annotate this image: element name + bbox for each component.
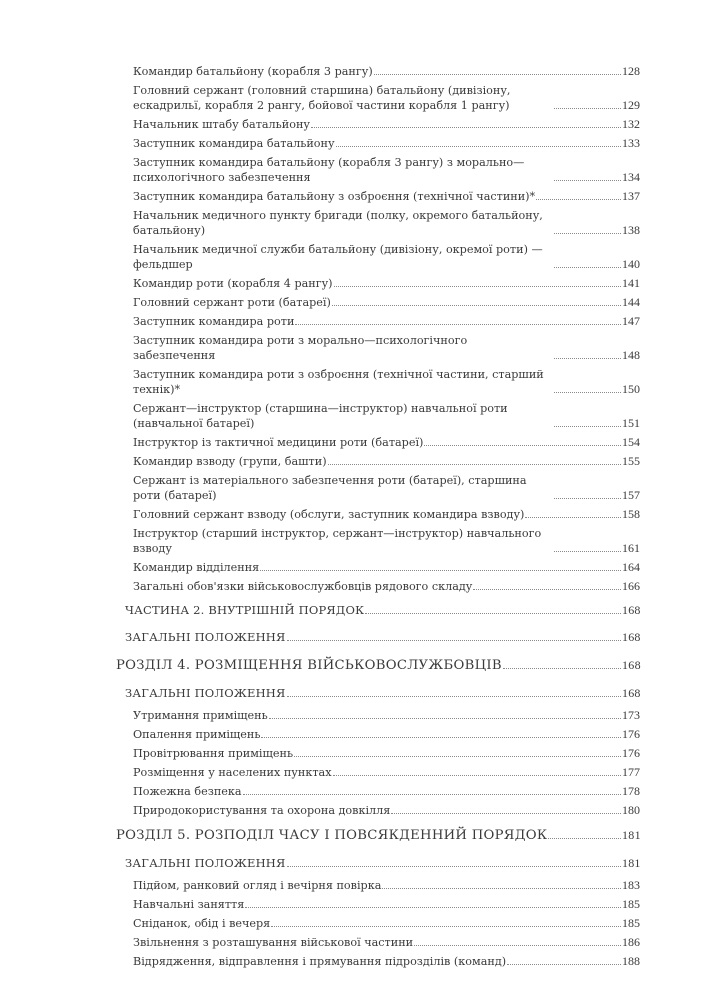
toc-entry-title: Провітрювання приміщень — [133, 746, 293, 761]
toc-entry-title: РОЗДІЛ 5. РОЗПОДІЛ ЧАСУ І ПОВСЯКДЕННИЙ П… — [116, 828, 547, 843]
toc-entry-title: Заступник командира батальйону — [133, 136, 335, 151]
dot-leader — [554, 358, 621, 359]
dot-leader — [414, 945, 621, 946]
toc-entry[interactable]: Заступник командира роти 147 — [133, 314, 640, 333]
toc-entry-title: ЗАГАЛЬНІ ПОЛОЖЕННЯ — [125, 630, 286, 645]
toc-entry-page: 164 — [622, 560, 640, 575]
toc-entry-title: Заступник командира батальйону (корабля … — [133, 155, 553, 185]
dot-leader — [554, 233, 621, 234]
toc-entry[interactable]: Відрядження, відправлення і прямування п… — [133, 954, 640, 973]
dot-leader — [382, 888, 621, 889]
dot-leader — [269, 718, 621, 719]
toc-entry-page: 168 — [622, 603, 640, 618]
toc-entry-title: Відрядження, відправлення і прямування п… — [133, 954, 506, 969]
toc-entry[interactable]: Навчальні заняття 185 — [133, 897, 640, 916]
toc-entry-page: 183 — [622, 878, 640, 893]
dot-leader — [554, 498, 621, 499]
dot-leader — [554, 108, 621, 109]
toc-entry-title: Начальник медичного пункту бригади (полк… — [133, 208, 553, 238]
toc-section[interactable]: ЗАГАЛЬНІ ПОЛОЖЕННЯ 168 — [125, 625, 640, 652]
toc-entry-page: 168 — [622, 686, 640, 701]
dot-leader — [336, 146, 621, 147]
toc-entry-title: Головний сержант (головний старшина) бат… — [133, 83, 553, 113]
toc-entry[interactable]: Начальник медичного пункту бригади (полк… — [133, 208, 640, 242]
toc-entry-title: ЧАСТИНА 2. ВНУТРІШНІЙ ПОРЯДОК — [125, 603, 364, 618]
toc-entry-page: 168 — [622, 630, 640, 645]
toc-entry-page: 148 — [622, 348, 640, 363]
toc-entry-title: Командир батальйону (корабля 3 рангу) — [133, 64, 373, 79]
dot-leader — [328, 464, 621, 465]
toc-entry-page: 181 — [622, 828, 640, 843]
toc-entry-title: Заступник командира роти з морально—псих… — [133, 333, 553, 363]
dot-leader — [261, 737, 621, 738]
toc-entry[interactable]: Підйом, ранковий огляд і вечірня повірка… — [133, 878, 640, 897]
dot-leader — [554, 551, 621, 552]
table-of-contents: Командир батальйону (корабля 3 рангу) 12… — [0, 64, 728, 973]
dot-leader — [245, 907, 621, 908]
toc-entry-page: 133 — [622, 136, 640, 151]
toc-entry-title: Звільнення з розташування військової час… — [133, 935, 413, 950]
toc-entry-title: Головний сержант взводу (обслуги, заступ… — [133, 507, 524, 522]
toc-entry[interactable]: Природокористування та охорона довкілля … — [133, 803, 640, 822]
toc-entry-page: 129 — [622, 98, 640, 113]
dot-leader — [365, 613, 621, 614]
toc-entry[interactable]: Сержант—інструктор (старшина—інструктор)… — [133, 401, 640, 435]
toc-entry-title: Загальні обов'язки військовослужбовців р… — [133, 579, 472, 594]
toc-entry-title: Заступник командира роти з озброєння (те… — [133, 367, 553, 397]
toc-entry-page: 137 — [622, 189, 640, 204]
toc-entry-page: 181 — [622, 856, 640, 871]
dot-leader — [332, 305, 621, 306]
toc-entry[interactable]: Опалення приміщень 176 — [133, 727, 640, 746]
toc-entry-title: Навчальні заняття — [133, 897, 244, 912]
toc-entry[interactable]: Сержант із матеріального забезпечення ро… — [133, 473, 640, 507]
toc-entry-page: 158 — [622, 507, 640, 522]
toc-entry-page: 180 — [622, 803, 640, 818]
toc-chapter[interactable]: РОЗДІЛ 4. РОЗМІЩЕННЯ ВІЙСЬКОВОСЛУЖБОВЦІВ… — [116, 652, 640, 681]
toc-entry[interactable]: Командир відділення 164 — [133, 560, 640, 579]
dot-leader — [260, 570, 621, 571]
dot-leader — [554, 392, 621, 393]
toc-entry-title: Опалення приміщень — [133, 727, 260, 742]
toc-entry[interactable]: Розміщення у населених пунктах 177 — [133, 765, 640, 784]
toc-entry[interactable]: Начальник штабу батальйону 132 — [133, 117, 640, 136]
toc-entry-page: 141 — [622, 276, 640, 291]
toc-entry[interactable]: Інструктор (старший інструктор, сержант—… — [133, 526, 640, 560]
dot-leader — [311, 127, 621, 128]
toc-entry-title: Розміщення у населених пунктах — [133, 765, 332, 780]
toc-entry-title: Природокористування та охорона довкілля — [133, 803, 390, 818]
toc-entry[interactable]: Заступник командира батальйону (корабля … — [133, 155, 640, 189]
toc-entry-page: 138 — [622, 223, 640, 238]
toc-entry-title: Підйом, ранковий огляд і вечірня повірка — [133, 878, 381, 893]
toc-entry-page: 155 — [622, 454, 640, 469]
dot-leader — [507, 964, 621, 965]
toc-entry[interactable]: Пожежна безпека 178 — [133, 784, 640, 803]
toc-entry[interactable]: Заступник командира роти з морально—псих… — [133, 333, 640, 367]
toc-entry-page: 176 — [622, 746, 640, 761]
toc-entry-title: Сніданок, обід і вечеря — [133, 916, 270, 931]
toc-entry[interactable]: Командир взводу (групи, башти) 155 — [133, 454, 640, 473]
toc-entry[interactable]: Загальні обов'язки військовослужбовців р… — [133, 579, 640, 598]
dot-leader — [271, 926, 621, 927]
toc-entry[interactable]: Командир роти (корабля 4 рангу) 141 — [133, 276, 640, 295]
toc-entry-page: 161 — [622, 541, 640, 556]
toc-entry-page: 185 — [622, 916, 640, 931]
toc-entry-page: 128 — [622, 64, 640, 79]
toc-entry[interactable]: Командир батальйону (корабля 3 рангу) 12… — [133, 64, 640, 83]
toc-entry-page: 177 — [622, 765, 640, 780]
toc-entry-page: 188 — [622, 954, 640, 969]
toc-section[interactable]: ЧАСТИНА 2. ВНУТРІШНІЙ ПОРЯДОК 168 — [125, 598, 640, 625]
toc-section[interactable]: ЗАГАЛЬНІ ПОЛОЖЕННЯ 181 — [125, 851, 640, 878]
toc-entry-page: 166 — [622, 579, 640, 594]
dot-leader — [548, 838, 621, 839]
toc-entry[interactable]: Заступник командира батальйону з озброєн… — [133, 189, 640, 208]
toc-entry-page: 154 — [622, 435, 640, 450]
toc-entry[interactable]: Головний сержант роти (батареї) 144 — [133, 295, 640, 314]
dot-leader — [287, 866, 621, 867]
dot-leader — [391, 813, 621, 814]
dot-leader — [287, 696, 621, 697]
toc-entry[interactable]: Утримання приміщень 173 — [133, 708, 640, 727]
toc-entry-title: Інструктор (старший інструктор, сержант—… — [133, 526, 553, 556]
toc-entry-page: 150 — [622, 382, 640, 397]
dot-leader — [554, 180, 621, 181]
toc-entry[interactable]: Головний сержант взводу (обслуги, заступ… — [133, 507, 640, 526]
toc-entry-title: Заступник командира роти — [133, 314, 294, 329]
toc-entry-title: Начальник медичної служби батальйону (ди… — [133, 242, 553, 272]
toc-entry-title: Пожежна безпека — [133, 784, 242, 799]
dot-leader — [424, 445, 621, 446]
toc-entry-page: 134 — [622, 170, 640, 185]
toc-entry[interactable]: Провітрювання приміщень 176 — [133, 746, 640, 765]
toc-entry-page: 178 — [622, 784, 640, 799]
toc-entry-page: 185 — [622, 897, 640, 912]
toc-entry-title: Інструктор із тактичної медицини роти (б… — [133, 435, 423, 450]
toc-entry-title: Сержант із матеріального забезпечення ро… — [133, 473, 553, 503]
toc-entry-page: 168 — [622, 658, 640, 673]
toc-entry-title: Сержант—інструктор (старшина—інструктор)… — [133, 401, 553, 431]
dot-leader — [473, 589, 621, 590]
toc-entry[interactable]: Заступник командира роти з озброєння (те… — [133, 367, 640, 401]
toc-entry-title: Командир взводу (групи, башти) — [133, 454, 327, 469]
toc-entry-page: 157 — [622, 488, 640, 503]
toc-entry-page: 176 — [622, 727, 640, 742]
toc-section[interactable]: ЗАГАЛЬНІ ПОЛОЖЕННЯ 168 — [125, 681, 640, 708]
dot-leader — [295, 324, 621, 325]
toc-entry[interactable]: Головний сержант (головний старшина) бат… — [133, 83, 640, 117]
dot-leader — [287, 640, 621, 641]
dot-leader — [243, 794, 621, 795]
toc-entry-title: Командир відділення — [133, 560, 259, 575]
toc-entry-page: 147 — [622, 314, 640, 329]
toc-entry-title: Утримання приміщень — [133, 708, 268, 723]
toc-entry-page: 151 — [622, 416, 640, 431]
toc-entry[interactable]: Начальник медичної служби батальйону (ди… — [133, 242, 640, 276]
dot-leader — [536, 199, 621, 200]
toc-entry-title: ЗАГАЛЬНІ ПОЛОЖЕННЯ — [125, 856, 286, 871]
toc-entry-title: РОЗДІЛ 4. РОЗМІЩЕННЯ ВІЙСЬКОВОСЛУЖБОВЦІВ — [116, 658, 502, 673]
dot-leader — [333, 775, 621, 776]
toc-entry-title: Головний сержант роти (батареї) — [133, 295, 331, 310]
dot-leader — [554, 426, 621, 427]
toc-entry[interactable]: Заступник командира батальйону 133 — [133, 136, 640, 155]
toc-entry[interactable]: Інструктор із тактичної медицини роти (б… — [133, 435, 640, 454]
toc-entry-title: Командир роти (корабля 4 рангу) — [133, 276, 333, 291]
toc-entry-title: Заступник командира батальйону з озброєн… — [133, 189, 535, 204]
toc-entry-page: 140 — [622, 257, 640, 272]
toc-entry-page: 173 — [622, 708, 640, 723]
dot-leader — [554, 267, 621, 268]
dot-leader — [294, 756, 621, 757]
toc-chapter[interactable]: РОЗДІЛ 5. РОЗПОДІЛ ЧАСУ І ПОВСЯКДЕННИЙ П… — [116, 822, 640, 851]
dot-leader — [503, 668, 621, 669]
dot-leader — [374, 74, 621, 75]
toc-entry[interactable]: Звільнення з розташування військової час… — [133, 935, 640, 954]
toc-entry-page: 144 — [622, 295, 640, 310]
toc-entry-page: 186 — [622, 935, 640, 950]
dot-leader — [334, 286, 621, 287]
toc-entry-page: 132 — [622, 117, 640, 132]
toc-entry-title: Начальник штабу батальйону — [133, 117, 310, 132]
toc-entry[interactable]: Сніданок, обід і вечеря 185 — [133, 916, 640, 935]
dot-leader — [525, 517, 621, 518]
toc-entry-title: ЗАГАЛЬНІ ПОЛОЖЕННЯ — [125, 686, 286, 701]
